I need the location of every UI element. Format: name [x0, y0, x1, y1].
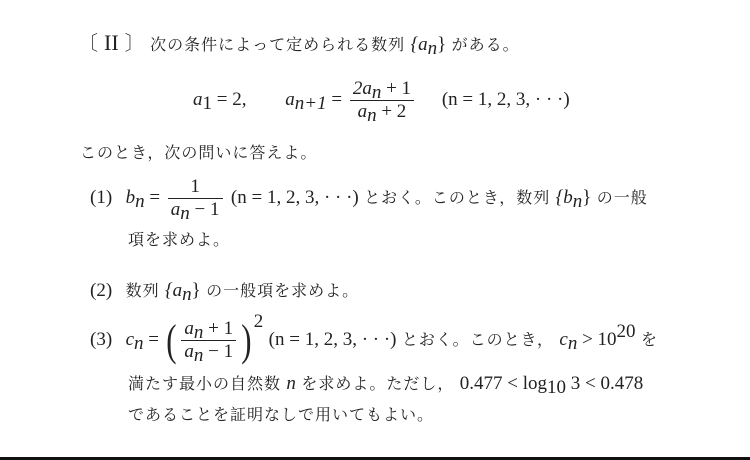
q3-den-main: a	[184, 341, 194, 362]
sequence-definition: a1 = 2, an+1 = 2an + 1 an + 2 (n = 1, 2,…	[193, 78, 570, 123]
bracket-open: 〔	[78, 31, 98, 55]
q2-seq: {an}	[165, 280, 201, 301]
q1-den-sub: n	[180, 203, 190, 224]
a1-value: = 2,	[212, 89, 246, 110]
rec-num-sub: n	[372, 82, 382, 103]
q3-lhs-sub: n	[134, 333, 144, 354]
q1-denominator: an − 1	[168, 199, 223, 221]
q3-text-3: 満たす最小の自然数	[128, 374, 281, 393]
q3-lhs: c	[126, 329, 134, 350]
q3-text-2: を	[641, 330, 658, 349]
intro-seq-close: }	[437, 34, 446, 55]
q3-ineq-op: > 10	[577, 329, 616, 350]
rec-denominator: an + 2	[350, 101, 414, 123]
q2-seq-a: {a	[165, 280, 182, 301]
q1-lhs: b	[126, 187, 136, 208]
intro-seq-sub: n	[428, 38, 438, 59]
q3-den-sub: n	[194, 345, 204, 366]
q1-text-1: とおく。このとき，数列	[364, 188, 550, 207]
question-2: (2) 数列 {an} の一般項を求めよ。	[90, 280, 359, 302]
rec-den-tail: + 2	[377, 101, 407, 122]
q3-numerator: an + 1	[181, 318, 236, 341]
question-3-label: (3)	[90, 329, 112, 350]
q3-log-lower: 0.477 < log	[460, 373, 547, 394]
rec-numerator: 2an + 1	[350, 78, 414, 101]
q3-denominator: an − 1	[181, 341, 236, 363]
rec-num-tail: + 1	[381, 78, 411, 99]
q1-fraction: 1 an − 1	[168, 176, 223, 221]
recurrence-fraction: 2an + 1 an + 2	[350, 78, 414, 123]
q1-den-main: a	[171, 199, 181, 220]
intro-seq-a: {a	[410, 34, 427, 55]
q3-range: (n = 1, 2, 3, · · ·)	[269, 329, 397, 350]
question-3: (3) cn = ( an + 1 an − 1 )2 (n = 1, 2, 3…	[90, 318, 658, 363]
intro-seq: {an}	[410, 34, 446, 55]
q3-ineq-lhs-sub: n	[568, 333, 578, 354]
q3-text-5: であることを証明なしで用いてもよい。	[128, 405, 434, 424]
q1-seq: {bn}	[556, 187, 592, 208]
q3-log-base: 10	[547, 377, 566, 398]
rec-lhs-sub: n+1	[295, 93, 327, 114]
rec-den-main: a	[358, 101, 368, 122]
q2-text-1: 数列	[126, 281, 160, 300]
q3-paren-close: )	[241, 319, 251, 363]
intro-text-2: がある。	[452, 35, 520, 54]
q1-lhs-sub: n	[135, 191, 145, 212]
question-1-label: (1)	[90, 187, 112, 208]
q2-text-2: の一般項を求めよ。	[206, 281, 359, 300]
rec-lhs: a	[285, 89, 295, 110]
q1-eq: =	[145, 187, 165, 208]
exam-page: 〔II〕 次の条件によって定められる数列 {an} がある。 a1 = 2, a…	[0, 0, 750, 460]
q1-range: (n = 1, 2, 3, · · ·)	[231, 187, 359, 208]
q1-seq-close: }	[582, 187, 591, 208]
q1-text-2: の一般	[597, 188, 648, 207]
q3-log-arg: 3 < 0.478	[566, 373, 643, 394]
problem-heading: 〔II〕 次の条件によって定められる数列 {an} がある。	[78, 32, 520, 56]
question-1-cont: 項を求めよ。	[128, 229, 230, 251]
rec-range: (n = 1, 2, 3, · · ·)	[442, 89, 570, 110]
problem-number: II	[104, 30, 119, 55]
lead-text: このとき，次の問いに答えよ。	[80, 142, 317, 164]
q1-den-tail: − 1	[190, 199, 220, 220]
question-3-cont-2: であることを証明なしで用いてもよい。	[128, 404, 434, 426]
question-1: (1) bn = 1 an − 1 (n = 1, 2, 3, · · ·) と…	[90, 176, 648, 221]
a1-sub: 1	[203, 93, 213, 114]
q3-ineq-pow: 20	[617, 321, 636, 342]
bracket-close: 〕	[125, 31, 145, 55]
q3-fraction: an + 1 an − 1	[181, 318, 236, 363]
q3-eq: =	[144, 329, 164, 350]
q3-power: 2	[254, 311, 264, 332]
q1-seq-sub: n	[573, 191, 583, 212]
q1-text-3: 項を求めよ。	[128, 230, 230, 249]
q1-numerator: 1	[168, 176, 223, 199]
question-3-cont-1: 満たす最小の自然数 n を求めよ。ただし， 0.477 < log10 3 < …	[128, 373, 643, 395]
intro-text-1: 次の条件によって定められる数列	[150, 35, 405, 54]
lead-text-content: このとき，次の問いに答えよ。	[80, 143, 317, 162]
q3-num-sub: n	[194, 322, 204, 343]
question-2-label: (2)	[90, 280, 112, 301]
q3-text-1: とおく。このとき，	[402, 330, 554, 349]
q3-den-tail: − 1	[203, 341, 233, 362]
q1-seq-b: {b	[556, 187, 573, 208]
q3-paren-open: (	[166, 319, 176, 363]
q3-text-4: を求めよ。ただし，	[301, 374, 454, 393]
q2-seq-sub: n	[182, 284, 192, 305]
q3-var-n: n	[286, 373, 296, 394]
q3-ineq-lhs: c	[559, 329, 567, 350]
rec-num-main: 2a	[353, 78, 372, 99]
q3-num-tail: + 1	[203, 318, 233, 339]
rec-den-sub: n	[367, 105, 377, 126]
q3-num-main: a	[184, 318, 194, 339]
rec-eq: =	[327, 89, 347, 110]
a1-symbol: a	[193, 89, 203, 110]
q2-seq-close: }	[192, 280, 201, 301]
